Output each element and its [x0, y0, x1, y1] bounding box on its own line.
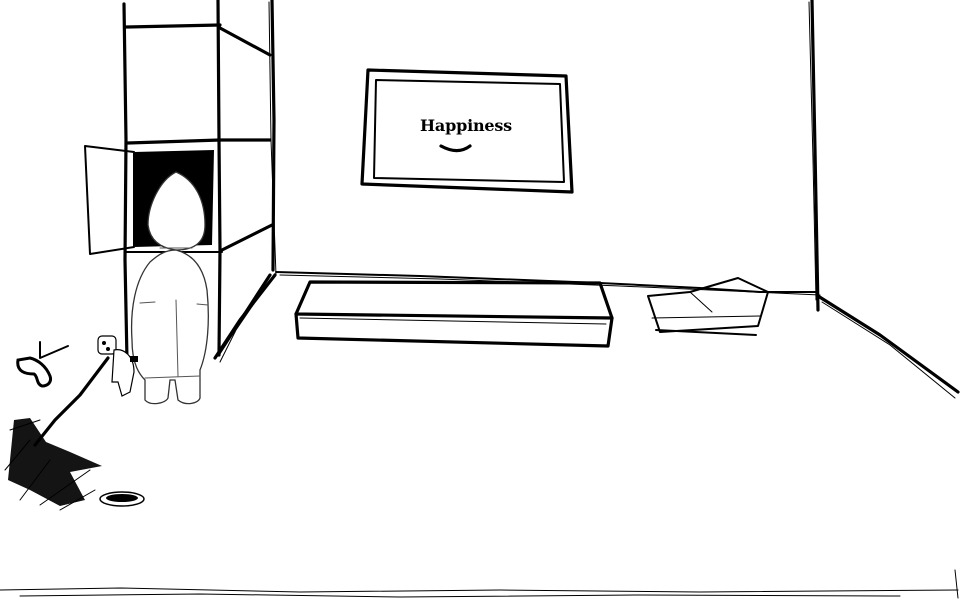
mattress — [296, 282, 612, 346]
sign-label: Happiness — [368, 116, 564, 135]
dark-scribble-shadow — [5, 418, 102, 510]
food-bowl — [100, 492, 144, 506]
game-scene: Happiness — [0, 0, 960, 600]
scene-drawing — [0, 0, 960, 600]
faucet-pipe — [18, 342, 68, 386]
